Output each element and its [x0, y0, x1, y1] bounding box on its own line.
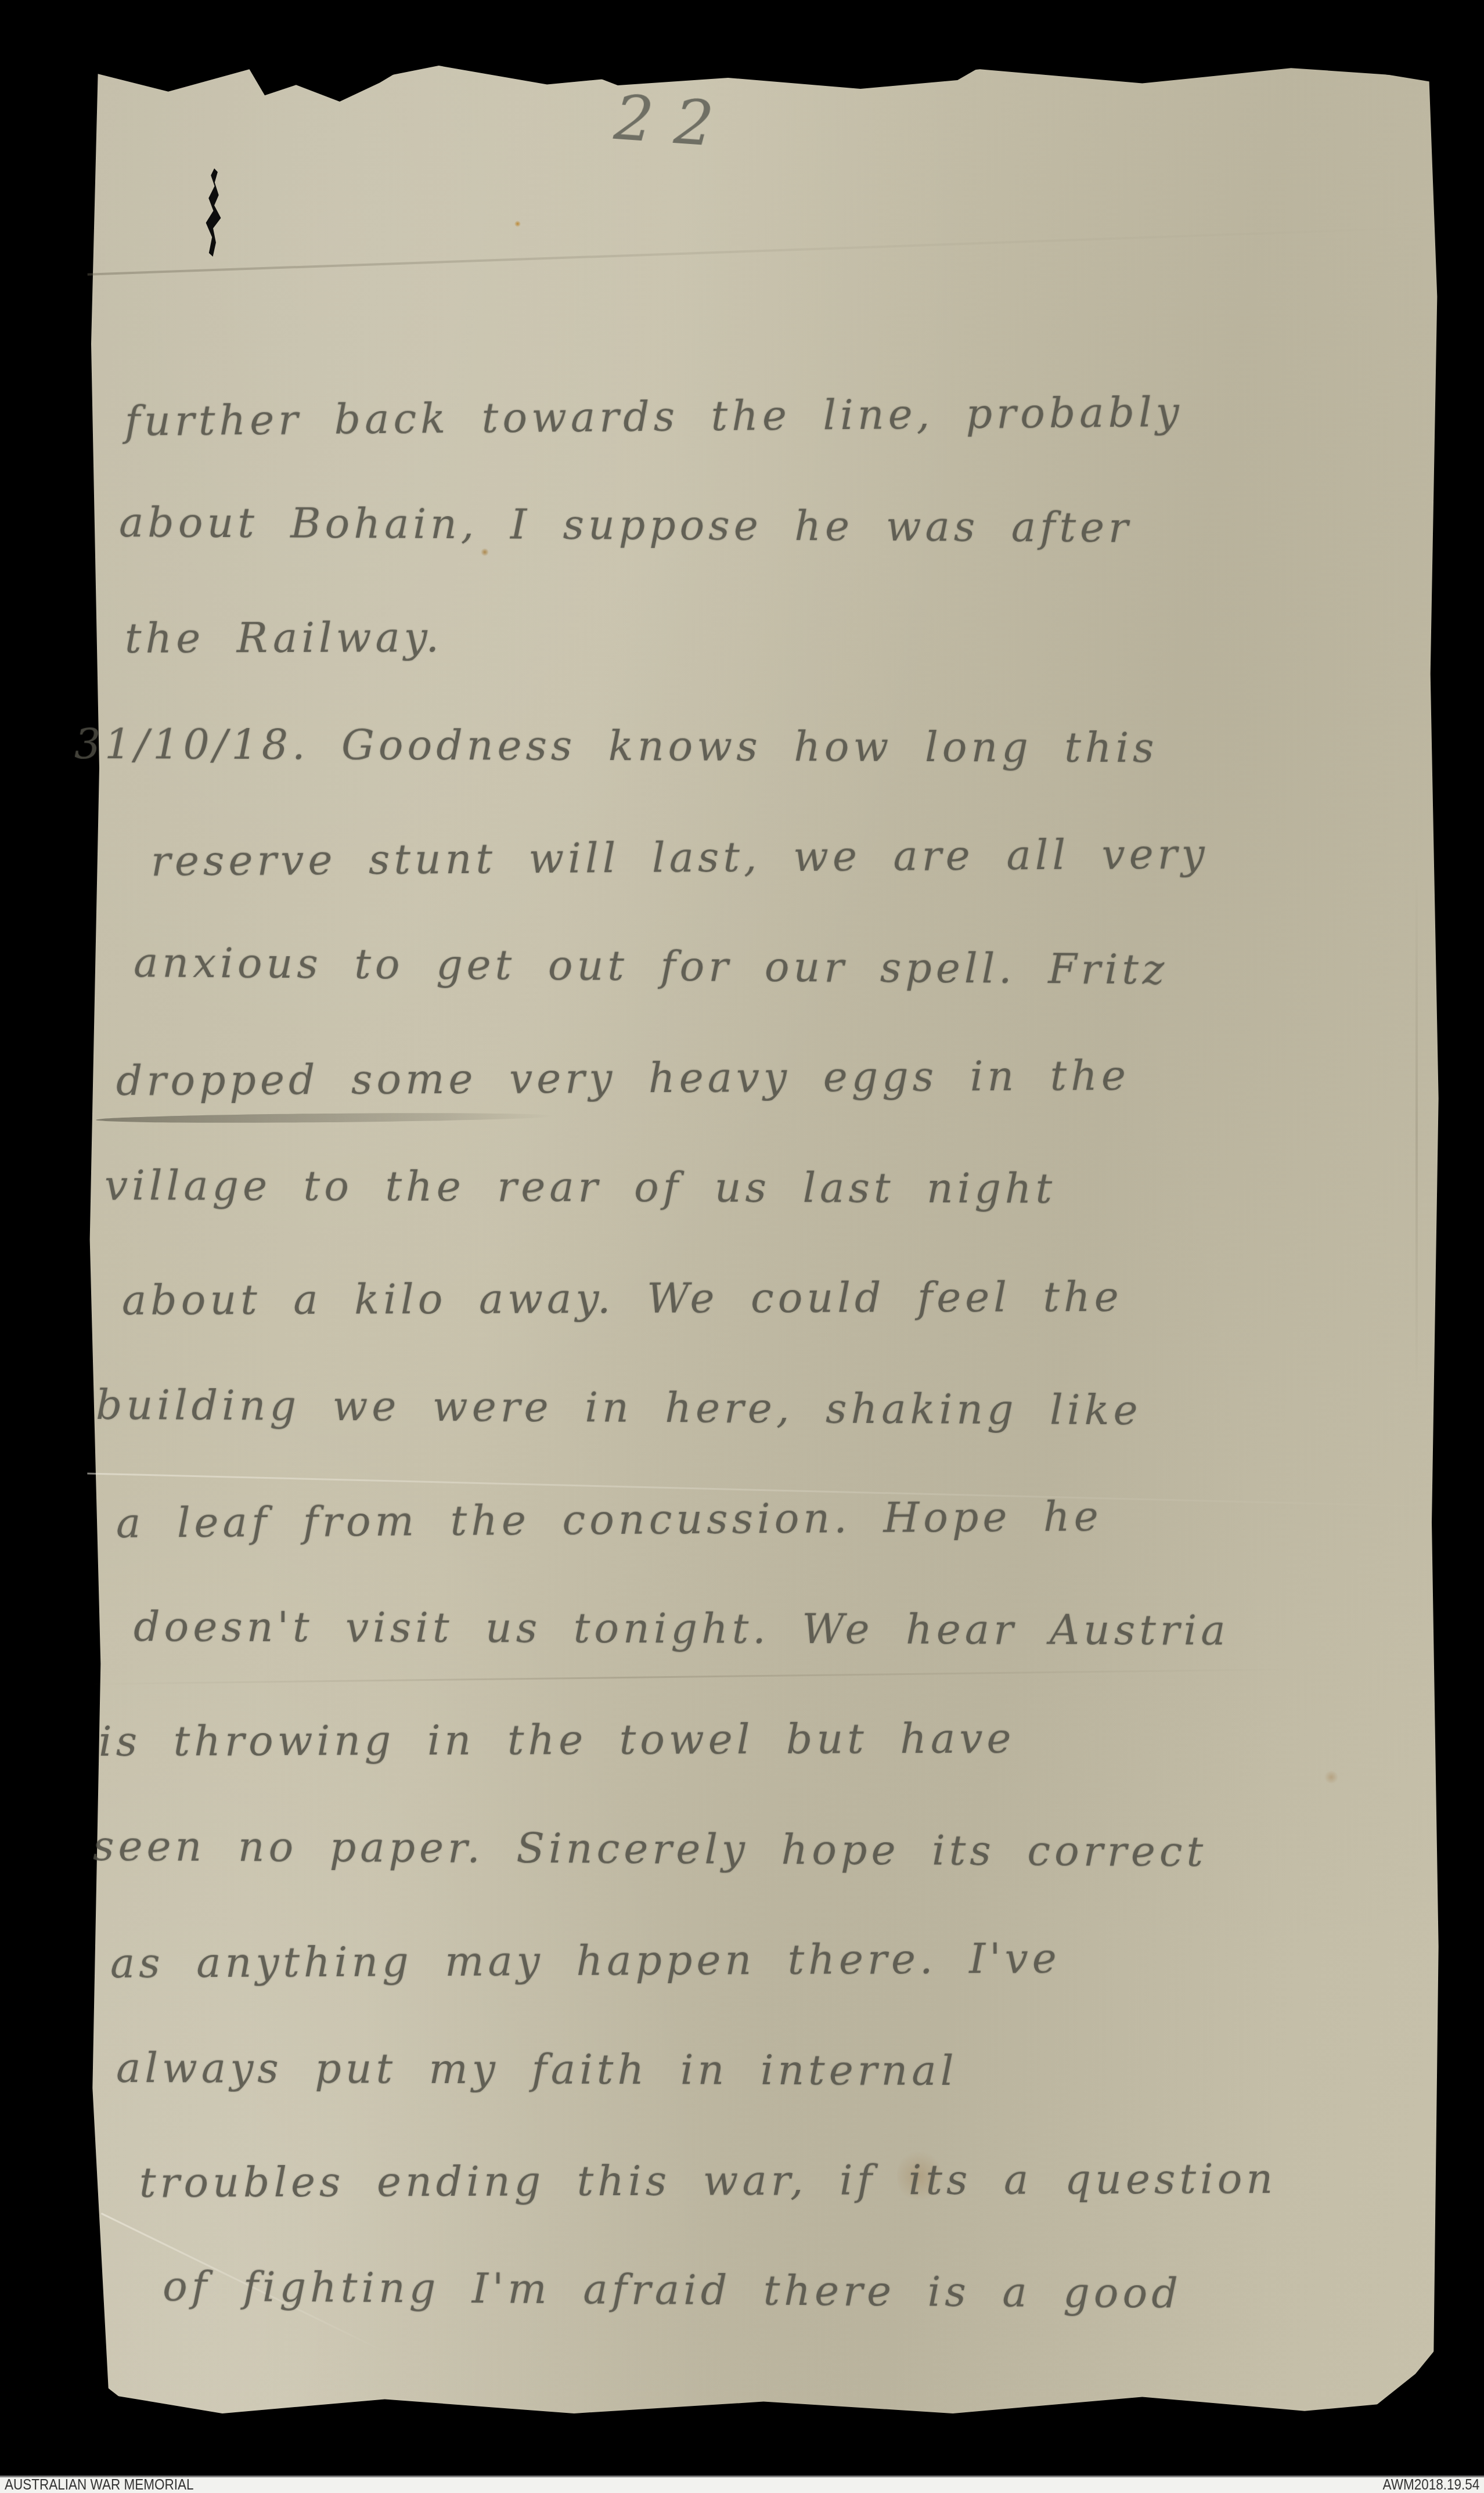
handwriting-line: reserve stunt will last, we are all very [150, 806, 1440, 925]
handwriting-line: always put my faith in internal [116, 2022, 1440, 2137]
archive-accession: AWM2018.19.54 [1382, 2477, 1479, 2493]
handwriting-line: is throwing in the towel but have [99, 1691, 1440, 1806]
handwriting-line: of fighting I'm afraid there is a good [162, 2240, 1440, 2359]
handwriting-text: further back towards the line, probably … [99, 353, 1440, 2355]
handwriting-line: seen no paper. Sincerely hope its correc… [93, 1800, 1440, 1917]
handwriting-line: about Bohain, I suppose he was after [119, 476, 1440, 593]
handwriting-line: dropped some very heavy eggs in the [116, 1028, 1440, 1145]
handwriting-line: further back towards the line, probably [124, 363, 1440, 485]
archive-footer: AUSTRALIAN WAR MEMORIAL AWM2018.19.54 [0, 2476, 1484, 2493]
handwriting-line: building we were in here, shaking like [96, 1359, 1440, 1476]
handwriting-line: the Railway. [125, 588, 1440, 702]
scan-background: 22 further back towards the line, probab… [0, 0, 1484, 2493]
page-number: 22 [612, 82, 737, 161]
handwriting-line: a leaf from the concussion. Hope he [116, 1468, 1440, 1587]
handwriting-line: anxious to get out for our spell. Fritz [133, 916, 1440, 1036]
handwriting-line: as anything may happen there. I've [110, 1910, 1440, 2027]
handwriting-line: doesn't visit us tonight. We hear Austri… [134, 1580, 1440, 1695]
handwriting-line-dated-entry: 31/10/18. Goodness knows how long this [74, 698, 1440, 813]
handwriting-line: about a kilo away. We could feel the [122, 1249, 1440, 1364]
handwriting-line: village to the rear of us last night [105, 1139, 1440, 1254]
archive-institution: AUSTRALIAN WAR MEMORIAL [5, 2477, 193, 2493]
handwriting-line: troubles ending this war, if its a quest… [139, 2132, 1440, 2247]
